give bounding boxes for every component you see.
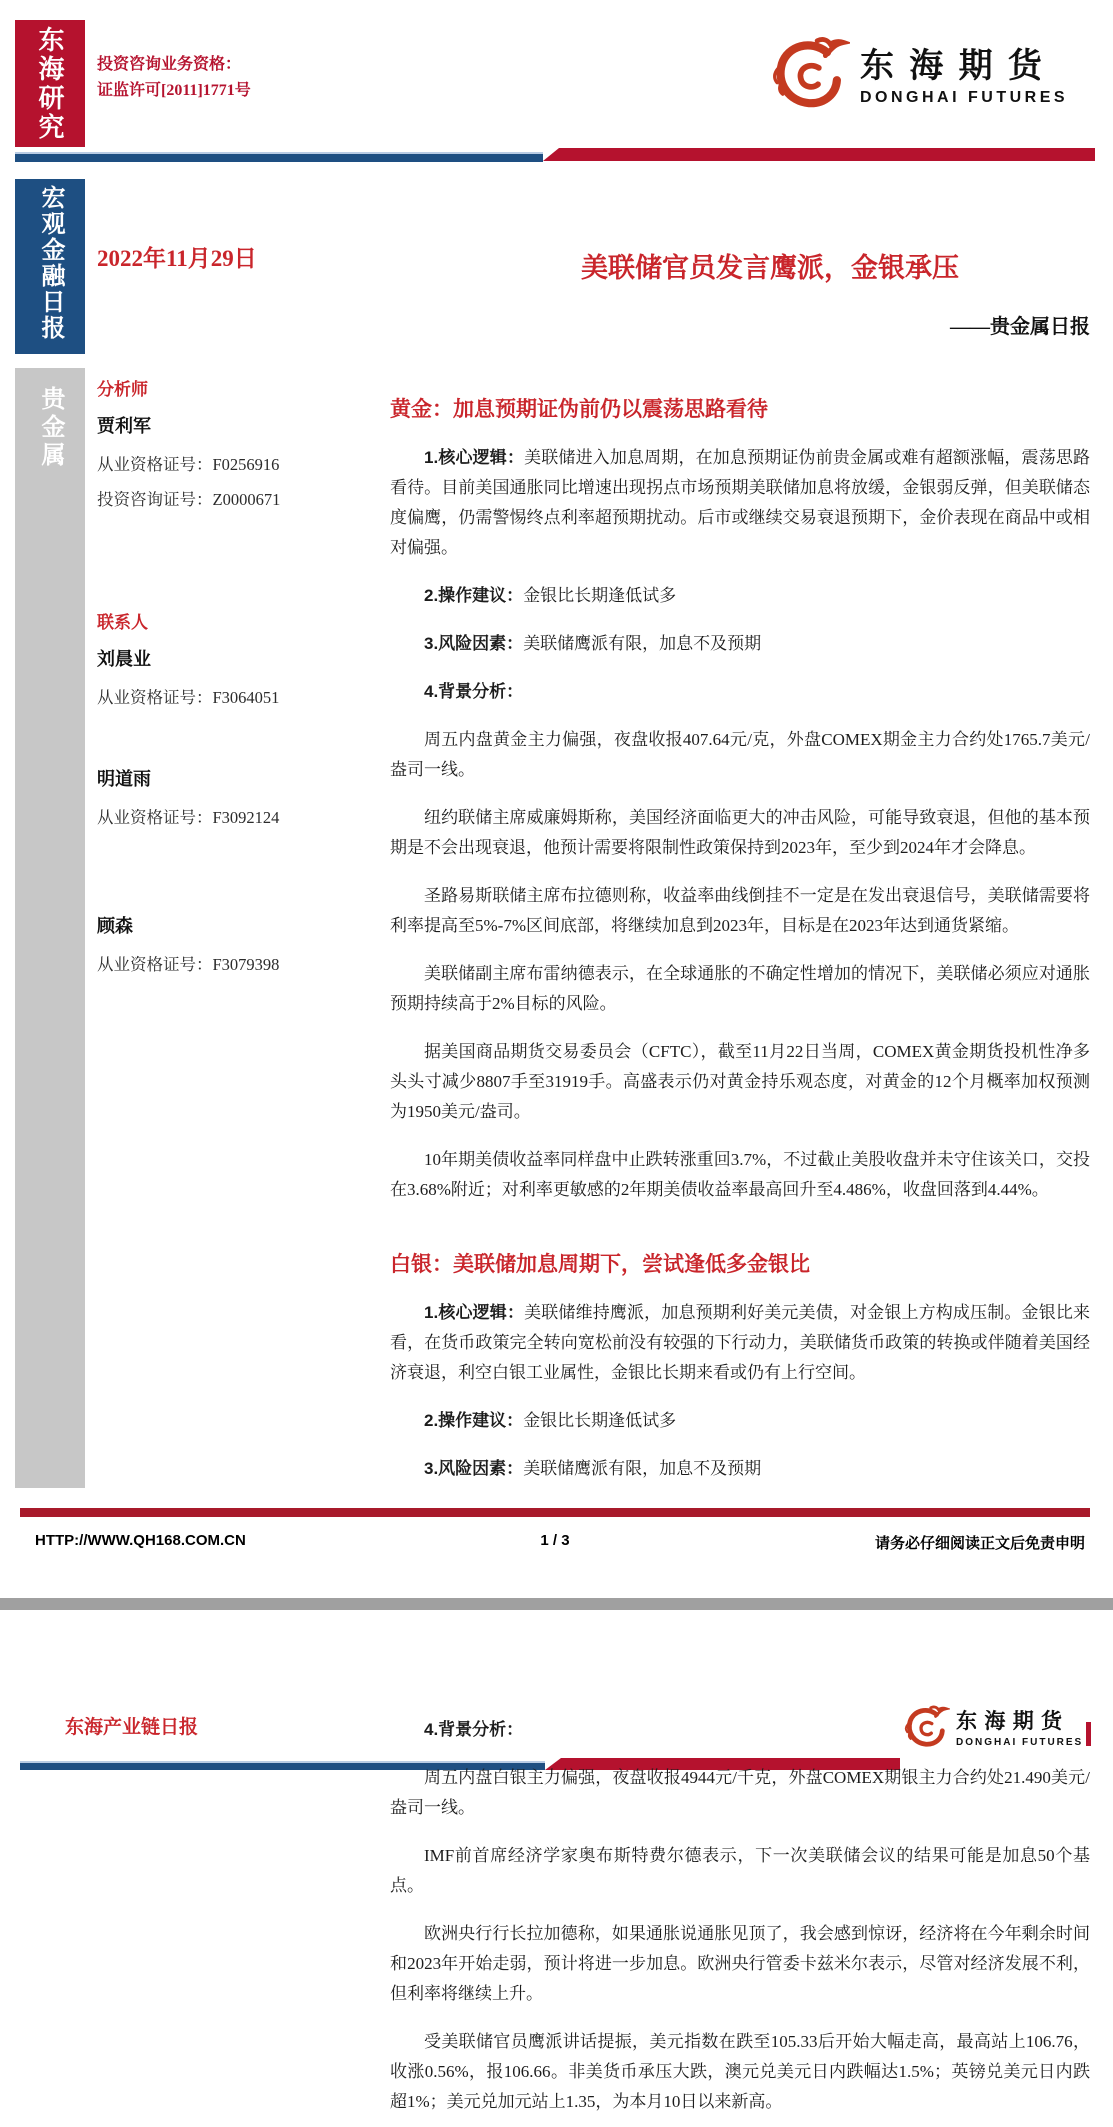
advice-text: 金银比长期逢低试多 (523, 1411, 676, 1430)
analyst-name: 贾利军 (97, 412, 382, 438)
page-number: 1 / 3 (540, 1532, 569, 1549)
header-divider (15, 148, 1080, 162)
contact-qualification: 从业资格证号：F3092124 (97, 804, 382, 828)
license-line1: 投资咨询业务资格： (97, 52, 251, 78)
analyst-label: 分析师 (97, 375, 382, 400)
analyst-block: 分析师 贾利军 从业资格证号：F0256916 投资咨询证号：Z0000671 (97, 375, 382, 521)
silver-section: 白银：美联储加息周期下，尝试逢低多金银比 1.核心逻辑：美联储维持鹰派，加息预期… (390, 1250, 1090, 1484)
analyst-qualification: 从业资格证号：F0256916 (97, 451, 382, 475)
dragon-logo-icon (768, 28, 850, 116)
contact-name: 明道雨 (97, 765, 382, 791)
logo-en: DONGHAI FUTURES (860, 89, 1068, 107)
advice-label: 2.操作建议： (424, 586, 523, 605)
core-logic-label: 1.核心逻辑： (424, 448, 524, 467)
contact-label: 联系人 (97, 608, 382, 633)
gold-background-para: 美联储副主席布雷纳德表示，在全球通胀的不确定性增加的情况下，美联储必须应对通胀预… (390, 959, 1090, 1019)
silver-risk: 3.风险因素：美联储鹰派有限，加息不及预期 (390, 1454, 1090, 1484)
license-info: 投资咨询业务资格： 证监许可[2011]1771号 (97, 52, 251, 103)
silver-background-para: 周五内盘白银主力偏强，夜盘收报4944元/千克，外盘COMEX期银主力合约处21… (390, 1763, 1090, 1823)
gold-risk: 3.风险因素：美联储鹰派有限，加息不及预期 (390, 629, 1090, 659)
gold-background-label: 4.背景分析： (390, 677, 1090, 707)
analyst-advisory-no: 投资咨询证号：Z0000671 (97, 486, 382, 510)
gold-background-para: 据美国商品期货交易委员会（CFTC），截至11月22日当周，COMEX黄金期货投… (390, 1037, 1090, 1127)
license-line2: 证监许可[2011]1771号 (97, 78, 251, 104)
contact-qualification: 从业资格证号：F3064051 (97, 684, 382, 708)
company-logo: 东海期货 DONGHAI FUTURES (768, 28, 1068, 116)
gold-background-para: 周五内盘黄金主力偏强，夜盘收报407.64元/克，外盘COMEX期金主力合约处1… (390, 725, 1090, 785)
page2-header-title: 东海产业链日报 (65, 1712, 198, 1739)
logo-cn: 东海期货 (860, 38, 1068, 87)
footer-disclaimer: 请务必仔细阅读正文后免责申明 (875, 1532, 1085, 1553)
logo-wordmark: 东海期货 DONGHAI FUTURES (860, 38, 1068, 107)
gold-background-para: 纽约联储主席威廉姆斯称，美国经济面临更大的冲击风险，可能导致衰退，但他的基本预期… (390, 803, 1090, 863)
page-separator (0, 1598, 1113, 1610)
research-banner: 东海研究 (15, 20, 85, 147)
contact-block-2: 明道雨 从业资格证号：F3092124 (97, 765, 382, 839)
report-title: 美联储官员发言鹰派，金银承压 (390, 246, 1090, 285)
gold-background-para: 圣路易斯联储主席布拉德则称，收益率曲线倒挂不一定是在发出衰退信号，美联储需要将利… (390, 881, 1090, 941)
silver-background-para: IMF前首席经济学家奥布斯特费尔德表示，下一次美联储会议的结果可能是加息50个基… (390, 1841, 1090, 1901)
report-document: 东海研究 投资咨询业务资格： 证监许可[2011]1771号 东海期货 DONG… (0, 0, 1113, 2127)
report-type-text: 宏观金融日报 (38, 179, 62, 341)
risk-text: 美联储鹰派有限，加息不及预期 (523, 1459, 761, 1478)
gold-section: 黄金：加息预期证伪前仍以震荡思路看待 1.核心逻辑：美联储进入加息周期，在加息预… (390, 395, 1090, 1205)
advice-label: 2.操作建议： (424, 1411, 523, 1430)
core-logic-label: 1.核心逻辑： (424, 1303, 524, 1322)
contact-qualification: 从业资格证号：F3079398 (97, 951, 382, 975)
silver-background-para: 受美联储官员鹰派讲话提振，美元指数在跌至105.33后开始大幅走高，最高站上10… (390, 2027, 1090, 2117)
silver-advice: 2.操作建议：金银比长期逢低试多 (390, 1406, 1090, 1436)
research-banner-text: 东海研究 (37, 20, 63, 142)
gold-background-para: 10年期美债收益率同样盘中止跌转涨重回3.7%，不过截止美股收盘并未守住该关口，… (390, 1145, 1090, 1205)
advice-text: 金银比长期逢低试多 (523, 586, 676, 605)
category-text: 贵金属 (38, 368, 62, 470)
page2-content: 4.背景分析： 周五内盘白银主力偏强，夜盘收报4944元/千克，外盘COMEX期… (390, 1715, 1090, 2117)
silver-background-label: 4.背景分析： (390, 1715, 1090, 1745)
report-type-banner: 宏观金融日报 (15, 179, 85, 354)
silver-section-heading: 白银：美联储加息周期下，尝试逢低多金银比 (390, 1250, 1090, 1280)
silver-core-logic: 1.核心逻辑：美联储维持鹰派，加息预期利好美元美债，对金银上方构成压制。金银比来… (390, 1298, 1090, 1388)
gold-section-heading: 黄金：加息预期证伪前仍以震荡思路看待 (390, 395, 1090, 425)
risk-text: 美联储鹰派有限，加息不及预期 (523, 634, 761, 653)
background-label: 4.背景分析： (424, 682, 523, 701)
risk-label: 3.风险因素： (424, 1459, 523, 1478)
footer-divider-bar (20, 1508, 1090, 1517)
contact-block-3: 顾森 从业资格证号：F3079398 (97, 912, 382, 986)
footer-url[interactable]: HTTP://WWW.QH168.COM.CN (35, 1532, 246, 1549)
contact-block-1: 联系人 刘晨业 从业资格证号：F3064051 (97, 608, 382, 719)
silver-background-para: 欧洲央行行长拉加德称，如果通胀说通胀见顶了，我会感到惊讶，经济将在今年剩余时间和… (390, 1919, 1090, 2009)
category-sidebar: 贵金属 (15, 368, 85, 1488)
divider-blue-segment (15, 152, 543, 162)
contact-name: 刘晨业 (97, 645, 382, 671)
report-date: 2022年11月29日 (97, 240, 257, 273)
background-label: 4.背景分析： (424, 1720, 523, 1739)
contact-name: 顾森 (97, 912, 382, 938)
gold-advice: 2.操作建议：金银比长期逢低试多 (390, 581, 1090, 611)
risk-label: 3.风险因素： (424, 634, 523, 653)
divider-red-segment (543, 148, 1095, 161)
page-footer: HTTP://WWW.QH168.COM.CN 1 / 3 请务必仔细阅读正文后… (20, 1532, 1090, 1556)
gold-core-logic: 1.核心逻辑：美联储进入加息周期，在加息预期证伪前贵金属或难有超额涨幅，震荡思路… (390, 443, 1090, 563)
report-subtitle: ——贵金属日报 (390, 310, 1090, 339)
